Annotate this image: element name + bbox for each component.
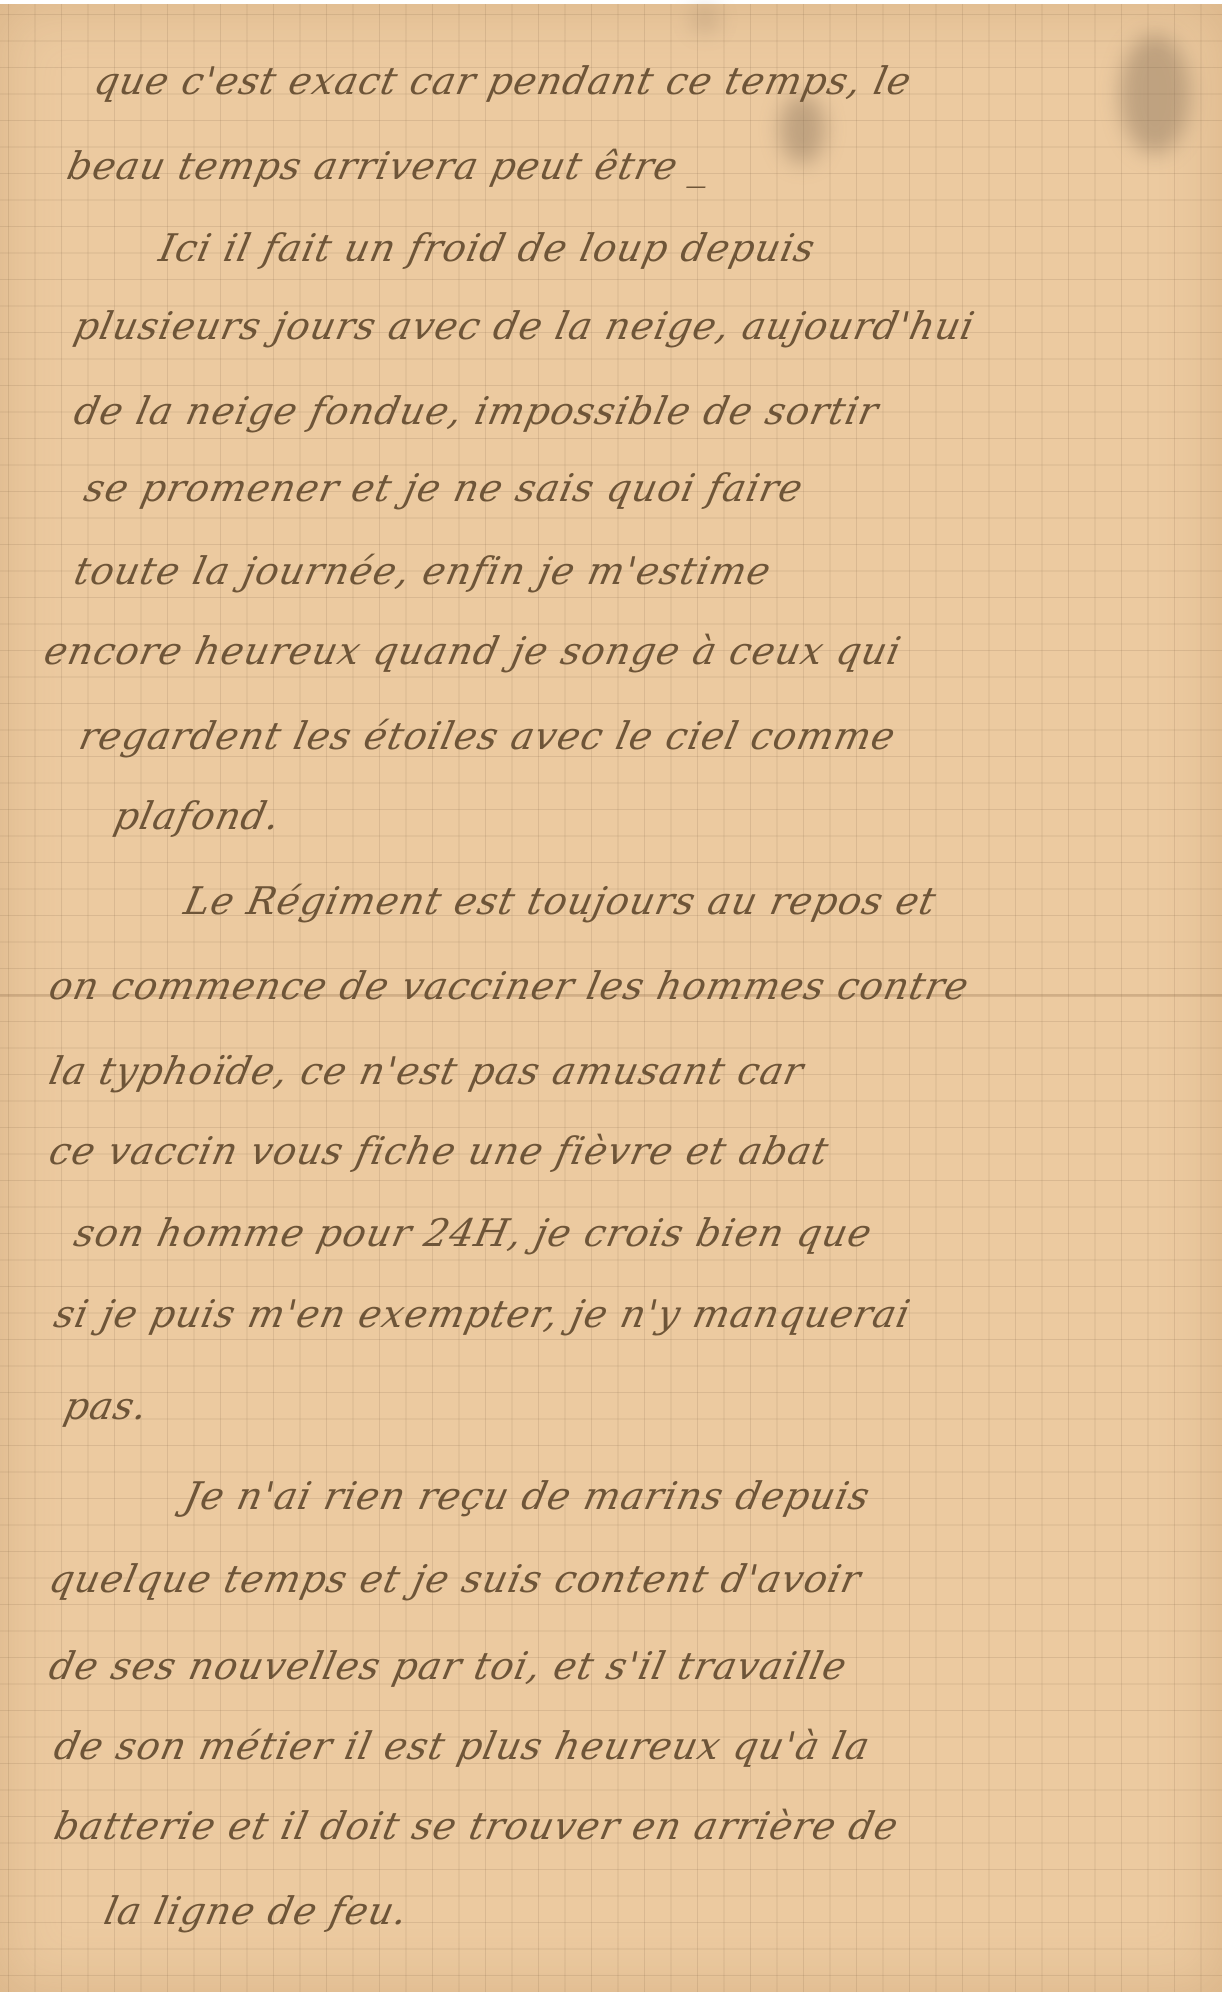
letter-line: son homme pour 24H, je crois bien que [70,1211,876,1255]
letter-line: la typhoïde, ce n'est pas amusant car [45,1049,808,1093]
letter-line: encore heureux quand je songe à ceux qui [40,629,905,673]
letter-line: quelque temps et je suis content d'avoir [45,1557,865,1601]
letter-line: plafond. [110,794,284,838]
letter-line: on commence de vacciner les hommes contr… [45,964,973,1008]
letter-line: Ici il fait un froid de loup depuis [155,226,819,270]
letter-line: si je puis m'en exempter, je n'y manquer… [50,1292,914,1336]
letter-line: Je n'ai rien reçu de marins depuis [180,1474,874,1518]
letter-line: toute la journée, enfin je m'estime [70,549,775,593]
letter-page: que c'est exact car pendant ce temps, le… [0,4,1222,1992]
stain-top-center [780,94,825,164]
letter-line: batterie et il doit se trouver en arrièr… [50,1804,902,1848]
stain-top-right [1120,34,1190,154]
letter-line: de la neige fondue, impossible de sortir [70,389,883,433]
letter-line: que c'est exact car pendant ce temps, le [90,59,916,103]
letter-line: beau temps arrivera peut être _ [63,144,715,188]
letter-line: ce vaccin vous fiche une fièvre et abat [45,1129,833,1173]
letter-line: se promener et je ne sais quoi faire [80,466,807,510]
stain-small-top [690,4,720,34]
letter-line: de son métier il est plus heureux qu'à l… [50,1724,874,1768]
letter-line: la ligne de feu. [100,1889,412,1933]
letter-line: Le Régiment est toujours au repos et [180,879,940,923]
letter-line: de ses nouvelles par toi, et s'il travai… [45,1644,851,1688]
letter-line: plusieurs jours avec de la neige, aujour… [70,304,979,348]
letter-line: regardent les étoiles avec le ciel comme [75,714,900,758]
letter-line: pas. [60,1384,152,1428]
